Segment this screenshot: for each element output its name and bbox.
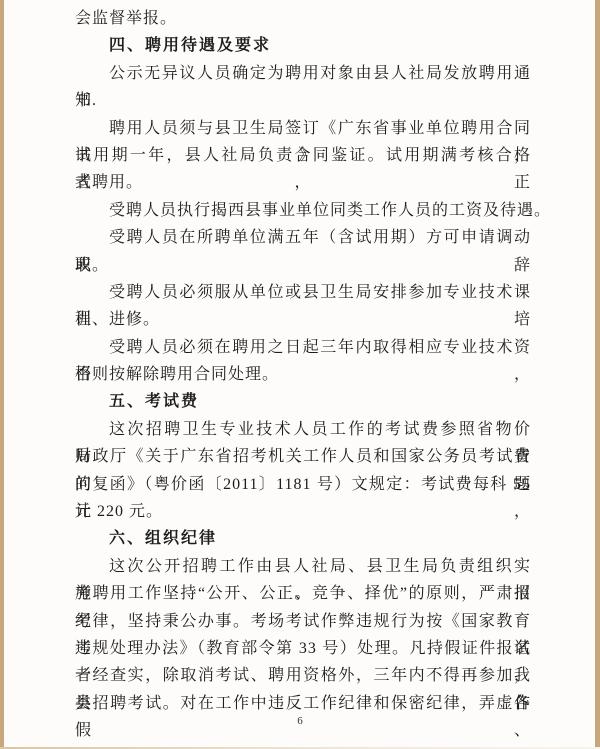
section-heading: 五、考试费 [75, 388, 531, 415]
text-line: 会监督举报。 [75, 5, 531, 32]
text-line: 这次公开招聘工作由县人社局、县卫生局负责组织实施。报 [75, 553, 531, 580]
text-line: 试用期一年，县人社局负责合同鉴证。试用期满考核合格者，正 [75, 142, 531, 169]
section-heading: 四、聘用待遇及要求 [75, 32, 531, 59]
text-line: 书. [75, 87, 531, 114]
page-border-right [595, 0, 600, 749]
text-line: 类招聘考试。对在工作中违反工作纪律和保密纪律，弄虚作假、 [75, 690, 531, 717]
page-border-left [0, 0, 4, 749]
text-line: 违规处理办法》（教育部令第 33 号）处理。凡持假证件报名者， [75, 635, 531, 662]
text-line: 考聘用工作坚持“公开、公正、竞争、择优”的原则，严肃招考 [75, 580, 531, 607]
text-line: 受聘人员在所聘单位满五年（含试用期）方可申请调动或辞 [75, 224, 531, 251]
text-line: 公示无异议人员确定为聘用对象由县人社局发放聘用通知 [75, 60, 531, 87]
text-line: 聘用人员须与县卫生局签订《广东省事业单位聘用合同书》， [75, 115, 531, 142]
text-line: 受聘人员必须服从单位或县卫生局安排参加专业技术课程培 [75, 279, 531, 306]
text-line: 财政厅《关于广东省招考机关工作人员和国家公务员考试费问题 [75, 443, 531, 470]
document-body: 会监督举报。四、聘用待遇及要求公示无异议人员确定为聘用对象由县人社局发放聘用通知… [75, 5, 531, 717]
section-heading: 六、组织纪律 [75, 525, 531, 552]
text-line: 一经查实，除取消考试、聘用资格外，三年内不得再参加我县各 [75, 662, 531, 689]
text-line: 受聘人员必须在聘用之日起三年内取得相应专业技术资格， [75, 334, 531, 361]
text-line: 受聘人员执行揭西县事业单位同类工作人员的工资及待遇。 [75, 197, 531, 224]
page-number: 6 [0, 715, 600, 727]
text-line: 这次招聘卫生专业技术人员工作的考试费参照省物价局、省 [75, 416, 531, 443]
text-line: 纪律，坚持秉公办事。考场考试作弊违规行为按《国家教育考试 [75, 608, 531, 635]
text-line: 的复函》（粤价函〔2011〕1181 号）文规定：考试费每科 55 元， [75, 471, 531, 498]
